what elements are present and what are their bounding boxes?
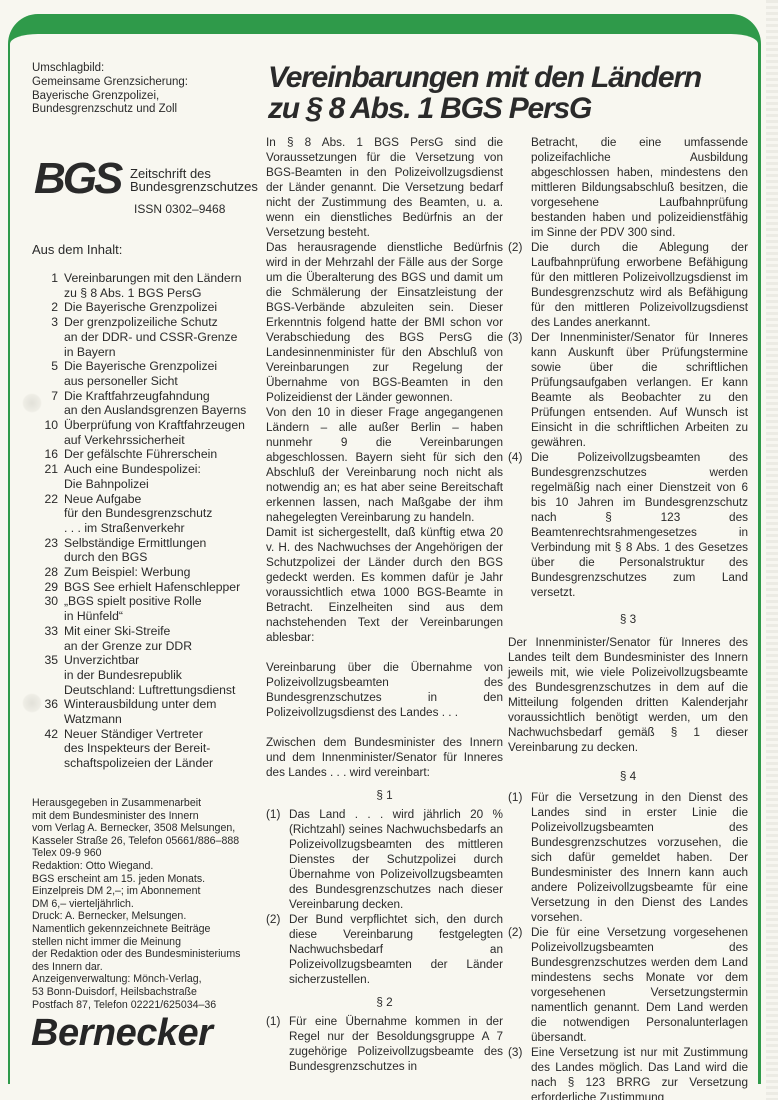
toc-title-line: . . . im Straßenverkehr <box>64 521 254 536</box>
toc-page-number: 1 <box>36 271 64 300</box>
toc-page-number: 10 <box>36 418 64 447</box>
clause: (1) Für eine Übernahme kommen in der Reg… <box>266 1014 503 1074</box>
section-heading-4: § 4 <box>508 769 748 784</box>
sidebar: Umschlagbild: Gemeinsame Grenzsicherung:… <box>32 62 254 771</box>
clause-number: (1) <box>508 790 531 925</box>
clause: (3) Eine Versetzung ist nur mit Zustimmu… <box>508 1045 748 1100</box>
toc-page-number: 35 <box>36 653 64 697</box>
toc-title-line: Überprüfung von Kraftfahrzeugen <box>64 418 254 433</box>
toc-title: Zum Beispiel: Werbung <box>64 565 254 580</box>
toc-page-number: 2 <box>36 300 64 315</box>
toc-title-line: für den Bundesgrenzschutz <box>64 506 254 521</box>
imprint-line: BGS erscheint am 15. jeden Monats. <box>32 873 262 886</box>
toc-title-line: Der gefälschte Führerschein <box>64 447 254 462</box>
imprint-line: Anzeigenverwaltung: Mönch-Verlag, <box>32 973 262 986</box>
toc-item: 36Winterausbildung unter demWatzmann <box>36 697 254 726</box>
article-headline: Vereinbarungen mit den Ländern zu § 8 Ab… <box>268 62 748 124</box>
toc-title: Die Bayerische Grenzpolizei <box>64 300 254 315</box>
toc-title-line: in Hünfeld“ <box>64 609 254 624</box>
clause: (2) Der Bund verpflichtet sich, den durc… <box>266 912 503 987</box>
toc-title-line: zu § 8 Abs. 1 BGS PersG <box>64 286 254 301</box>
toc-page-number: 21 <box>36 462 64 491</box>
page-edge-margin <box>766 0 778 1100</box>
clause: (2) Die durch die Ablegung der Laufbahnp… <box>508 240 748 330</box>
toc-title-line: durch den BGS <box>64 550 254 565</box>
toc-title-line: „BGS spielt positive Rolle <box>64 594 254 609</box>
section-heading-2: § 2 <box>266 995 503 1010</box>
toc-title: Die Bayerische Grenzpolizeiaus personell… <box>64 359 254 388</box>
toc-title-line: auf Verkehrssicherheit <box>64 433 254 448</box>
intro-paragraph: Damit ist sichergestellt, daß künftig et… <box>266 525 503 645</box>
toc-title: „BGS spielt positive Rollein Hünfeld“ <box>64 594 254 623</box>
toc-page-number: 3 <box>36 315 64 359</box>
clause-number: (1) <box>266 1014 289 1074</box>
toc-title-line: an der Grenze zur DDR <box>64 639 254 654</box>
toc-title: Überprüfung von Kraftfahrzeugenauf Verke… <box>64 418 254 447</box>
clause-number: (4) <box>508 450 531 600</box>
toc-title-line: Deutschland: Luftrettungsdienst <box>64 683 254 698</box>
toc-heading: Aus dem Inhalt: <box>32 243 254 257</box>
toc-item: 16Der gefälschte Führerschein <box>36 447 254 462</box>
clause-text: Für die Versetzung in den Dienst des Lan… <box>531 790 748 925</box>
toc-title: Die Kraftfahrzeugfahndungan den Auslands… <box>64 389 254 418</box>
imprint-line: vom Verlag A. Bernecker, 3508 Melsungen, <box>32 822 262 835</box>
toc-item: 2Die Bayerische Grenzpolizei <box>36 300 254 315</box>
toc-title-line: Neuer Ständiger Vertreter <box>64 727 254 742</box>
toc-page-number: 28 <box>36 565 64 580</box>
toc-page-number: 23 <box>36 536 64 565</box>
clause-number: (3) <box>508 1045 531 1100</box>
toc-title: Der grenzpolizeiliche Schutzan der DDR- … <box>64 315 254 359</box>
agreement-title: Vereinbarung über die Übernahme von Poli… <box>266 660 503 720</box>
toc-title-line: Selbständige Ermittlungen <box>64 536 254 551</box>
clause-number: (2) <box>266 912 289 987</box>
clause-text: Der Bund verpflichtet sich, den durch di… <box>289 912 503 987</box>
clause-text: Das Land . . . wird jährlich 20 % (Richt… <box>289 807 503 912</box>
toc-title: Neue Aufgabefür den Bundesgrenzschutz. .… <box>64 492 254 536</box>
cover-caption-line: Umschlagbild: <box>32 62 254 76</box>
toc-item: 35Unverzichtbarin der BundesrepublikDeut… <box>36 653 254 697</box>
toc-title-line: Watzmann <box>64 712 254 727</box>
toc-item: 10Überprüfung von Kraftfahrzeugenauf Ver… <box>36 418 254 447</box>
toc-page-number: 42 <box>36 727 64 771</box>
toc-title-line: Neue Aufgabe <box>64 492 254 507</box>
cover-caption-line: Bundesgrenzschutz und Zoll <box>32 103 254 117</box>
toc-item: 30„BGS spielt positive Rollein Hünfeld“ <box>36 594 254 623</box>
paper-stain <box>22 693 42 713</box>
clause: (1) Das Land . . . wird jährlich 20 % (R… <box>266 807 503 912</box>
clause-text: Die Polizeivollzugsbeamten des Bundesgre… <box>531 450 748 600</box>
clause-number: (1) <box>266 807 289 912</box>
imprint-line: des Innern dar. <box>32 961 262 974</box>
toc-title: Der gefälschte Führerschein <box>64 447 254 462</box>
table-of-contents: 1Vereinbarungen mit den Ländernzu § 8 Ab… <box>32 271 254 771</box>
imprint: Herausgegeben in Zusammenarbeitmit dem B… <box>32 797 262 1011</box>
toc-page-number: 22 <box>36 492 64 536</box>
clause-text: Die für eine Versetzung vorgesehenen Pol… <box>531 925 748 1045</box>
clause-text: Die durch die Ablegung der Laufbahnprüfu… <box>531 240 748 330</box>
imprint-line: Postfach 87, Telefon 02221/625034–36 <box>32 999 262 1012</box>
toc-item: 29BGS See erhielt Hafenschlepper <box>36 580 254 595</box>
toc-title-line: Der grenzpolizeiliche Schutz <box>64 315 254 330</box>
toc-title: Selbständige Ermittlungendurch den BGS <box>64 536 254 565</box>
clause-number: (2) <box>508 240 531 330</box>
cover-caption-line: Bayerische Grenzpolizei, <box>32 90 254 104</box>
intro-paragraph: In § 8 Abs. 1 BGS PersG sind die Vorauss… <box>266 135 503 240</box>
article-column-right: Betracht, die eine umfassende polizeifac… <box>508 135 748 1100</box>
toc-title-line: Die Bayerische Grenzpolizei <box>64 359 254 374</box>
clause: (4) Die Polizeivollzugsbeamten des Bunde… <box>508 450 748 600</box>
toc-title: Vereinbarungen mit den Ländernzu § 8 Abs… <box>64 271 254 300</box>
clause: (1) Für die Versetzung in den Dienst des… <box>508 790 748 925</box>
imprint-line: DM 6,– vierteljährlich. <box>32 898 262 911</box>
masthead-subtitle: Zeitschrift des Bundesgrenzschutzes <box>130 167 258 193</box>
toc-item: 1Vereinbarungen mit den Ländernzu § 8 Ab… <box>36 271 254 300</box>
toc-item: 3Der grenzpolizeiliche Schutzan der DDR-… <box>36 315 254 359</box>
cover-caption: Umschlagbild: Gemeinsame Grenzsicherung:… <box>32 62 254 117</box>
toc-title: Neuer Ständiger Vertreterdes Inspekteurs… <box>64 727 254 771</box>
intro-paragraph: Von den 10 in dieser Frage angegangenen … <box>266 405 503 525</box>
publisher-logo: Bernecker <box>31 1012 212 1055</box>
toc-title-line: in Bayern <box>64 345 254 360</box>
agreement-preamble: Zwischen dem Bundesminister des Innern u… <box>266 735 503 780</box>
toc-title-line: an der DDR- und CSSR-Grenze <box>64 330 254 345</box>
imprint-line: Telex 09-9 960 <box>32 847 262 860</box>
toc-title-line: Winterausbildung unter dem <box>64 697 254 712</box>
imprint-line: Herausgegeben in Zusammenarbeit <box>32 797 262 810</box>
clause-text: Der Innenminister/Senator für Inneres ka… <box>531 330 748 450</box>
toc-page-number: 5 <box>36 359 64 388</box>
toc-title-line: schaftspolizeien der Länder <box>64 756 254 771</box>
clause-text: Für eine Übernahme kommen in der Regel n… <box>289 1014 503 1074</box>
clause-number: (3) <box>508 330 531 450</box>
clause: (3) Der Innenminister/Senator für Innere… <box>508 330 748 450</box>
imprint-line: Redaktion: Otto Wiegand. <box>32 860 262 873</box>
toc-title-line: Unverzichtbar <box>64 653 254 668</box>
toc-item: 28Zum Beispiel: Werbung <box>36 565 254 580</box>
section-heading-1: § 1 <box>266 788 503 803</box>
toc-title: Auch eine Bundespolizei:Die Bahnpolizei <box>64 462 254 491</box>
toc-title-line: aus personeller Sicht <box>64 374 254 389</box>
imprint-line: der Redaktion oder des Bundesministerium… <box>32 948 262 961</box>
imprint-line: Kasseler Straße 26, Telefon 05661/886–88… <box>32 835 262 848</box>
toc-page-number: 29 <box>36 580 64 595</box>
imprint-line: Druck: A. Bernecker, Melsungen. <box>32 910 262 923</box>
toc-title-line: Auch eine Bundespolizei: <box>64 462 254 477</box>
imprint-line: 53 Bonn-Duisdorf, Heilsbachstraße <box>32 986 262 999</box>
toc-title-line: Die Kraftfahrzeugfahndung <box>64 389 254 404</box>
intro-paragraph: Das herausragende dienstliche Bedürfnis … <box>266 240 503 405</box>
imprint-line: mit dem Bundesminister des Innern <box>32 810 262 823</box>
toc-item: 42Neuer Ständiger Vertreterdes Inspekteu… <box>36 727 254 771</box>
toc-title-line: Die Bahnpolizei <box>64 477 254 492</box>
toc-title-line: Mit einer Ski-Streife <box>64 624 254 639</box>
clause: (2) Die für eine Versetzung vorgesehenen… <box>508 925 748 1045</box>
toc-title-line: des Inspekteurs der Bereit- <box>64 741 254 756</box>
toc-title: Unverzichtbarin der BundesrepublikDeutsc… <box>64 653 254 697</box>
headline-line: Vereinbarungen mit den Ländern <box>268 62 748 93</box>
bgs-logo: BGS <box>34 157 120 201</box>
article-column-middle: In § 8 Abs. 1 BGS PersG sind die Vorauss… <box>266 135 503 1074</box>
toc-title-line: BGS See erhielt Hafenschlepper <box>64 580 254 595</box>
toc-page-number: 16 <box>36 447 64 462</box>
paper-stain <box>22 393 42 413</box>
toc-title: Mit einer Ski-Streifean der Grenze zur D… <box>64 624 254 653</box>
issn: ISSN 0302–9468 <box>134 203 225 217</box>
imprint-line: Einzelpreis DM 2,–; im Abonnement <box>32 885 262 898</box>
toc-title-line: Die Bayerische Grenzpolizei <box>64 300 254 315</box>
masthead-subtitle-line: Bundesgrenzschutzes <box>130 180 258 193</box>
masthead: BGS Zeitschrift des Bundesgrenzschutzes … <box>32 157 254 219</box>
clause-number: (2) <box>508 925 531 1045</box>
toc-item: 33Mit einer Ski-Streifean der Grenze zur… <box>36 624 254 653</box>
clause-text: Eine Versetzung ist nur mit Zustimmung d… <box>531 1045 748 1100</box>
clause-continuation: Betracht, die eine umfassende polizeifac… <box>508 135 748 240</box>
section-heading-3: § 3 <box>508 612 748 627</box>
toc-page-number: 33 <box>36 624 64 653</box>
toc-item: 7Die Kraftfahrzeugfahndungan den Ausland… <box>36 389 254 418</box>
toc-title: Winterausbildung unter demWatzmann <box>64 697 254 726</box>
toc-title-line: Zum Beispiel: Werbung <box>64 565 254 580</box>
cover-caption-line: Gemeinsame Grenzsicherung: <box>32 76 254 90</box>
toc-title-line: Vereinbarungen mit den Ländern <box>64 271 254 286</box>
toc-item: 21Auch eine Bundespolizei:Die Bahnpolize… <box>36 462 254 491</box>
toc-item: 5Die Bayerische Grenzpolizeiaus personel… <box>36 359 254 388</box>
toc-item: 23Selbständige Ermittlungendurch den BGS <box>36 536 254 565</box>
toc-title: BGS See erhielt Hafenschlepper <box>64 580 254 595</box>
toc-title-line: in der Bundesrepublik <box>64 668 254 683</box>
headline-line: zu § 8 Abs. 1 BGS PersG <box>268 93 748 124</box>
toc-title-line: an den Auslandsgrenzen Bayerns <box>64 403 254 418</box>
imprint-line: Namentlich gekennzeichnete Beiträge <box>32 923 262 936</box>
toc-page-number: 30 <box>36 594 64 623</box>
imprint-line: stellen nicht immer die Meinung <box>32 936 262 949</box>
section-3-text: Der Innenminister/Senator für Inneres de… <box>508 635 748 755</box>
toc-item: 22Neue Aufgabefür den Bundesgrenzschutz.… <box>36 492 254 536</box>
